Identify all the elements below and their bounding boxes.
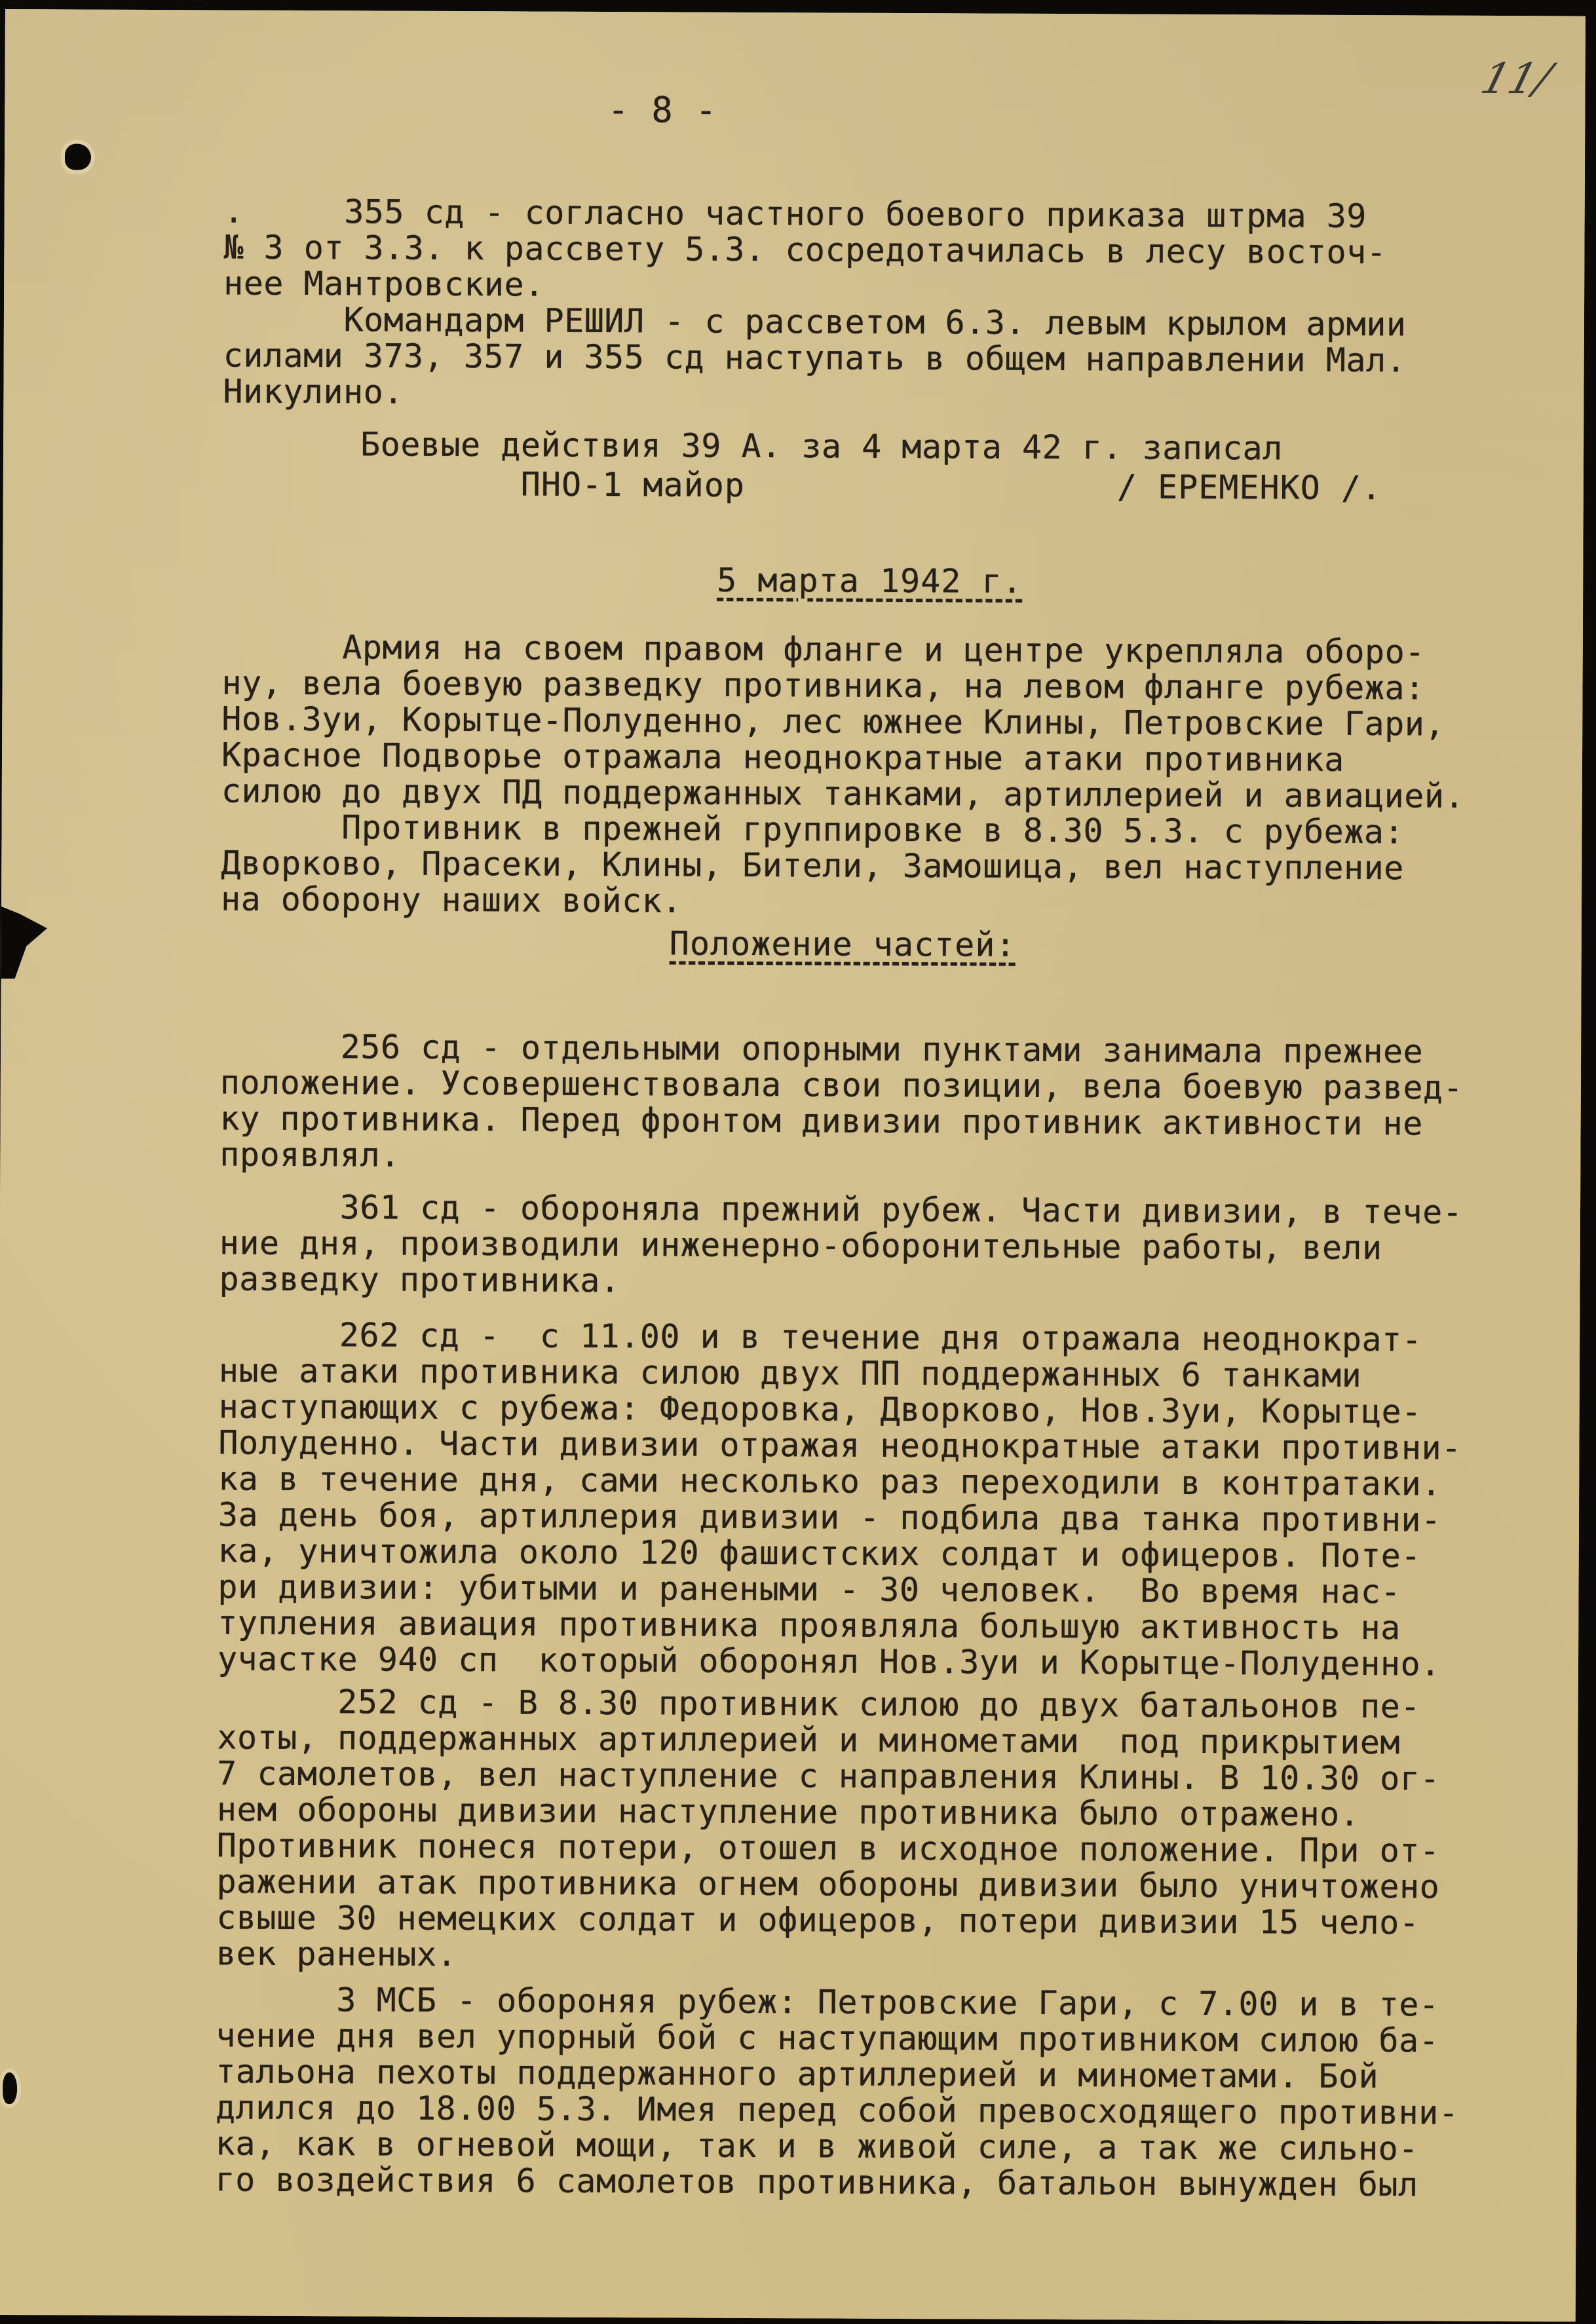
paragraph-262-sd: 262 сд - с 11.00 и в течение дня отражал… <box>218 1317 1568 1683</box>
punch-hole-icon <box>3 2072 17 2104</box>
date-heading: 5 марта 1942 г. <box>717 563 1023 600</box>
paragraph-252-sd: 252 сд - В 8.30 противник силою до двух … <box>216 1683 1567 1977</box>
text-line: участке 940 сп который оборонял Нов.Зуи … <box>218 1641 1567 1683</box>
paragraph-summary: Армия на своем правом фланге и центре ук… <box>221 629 1572 923</box>
paragraph-361-sd: 361 сд - обороняла прежний рубеж. Части … <box>219 1189 1569 1303</box>
torn-edge-icon <box>1 907 47 979</box>
text-line: го воздействия 6 самолетов противника, б… <box>215 2162 1565 2203</box>
paragraph-decision: Командарм РЕШИЛ - с рассветом 6.3. левым… <box>223 301 1573 415</box>
paragraph-256-sd: 256 сд - отдельными опорными пунктами за… <box>219 1028 1570 1178</box>
text-line: Никулино. <box>223 373 1572 415</box>
paragraph-3-msb: 3 МСБ - обороняя рубеж: Петровские Гари,… <box>215 1981 1565 2203</box>
text-line: на оборону наших войск. <box>221 881 1570 923</box>
signature-name: / ЕРЕМЕНКО /. <box>1117 469 1382 506</box>
document-page: 11/ - 8 - . 355 сд - согласно частного б… <box>0 9 1586 2321</box>
handwritten-sheet-number: 11/ <box>1475 55 1556 103</box>
punch-hole-icon <box>65 143 91 170</box>
text-line: век раненых. <box>216 1936 1566 1977</box>
signature-line: Боевые действия 39 А. за 4 марта 42 г. з… <box>360 426 1596 468</box>
page-number: - 8 - <box>607 92 717 128</box>
text-line: ку противника. Перед фронтом дивизии про… <box>219 1100 1569 1142</box>
text-line: проявлял. <box>219 1136 1569 1178</box>
signature-block: Боевые действия 39 А. за 4 марта 42 г. з… <box>360 426 1596 468</box>
text-line: разведку противника. <box>219 1261 1568 1303</box>
paragraph-355-sd: . 355 сд - согласно частного боевого при… <box>223 193 1574 307</box>
signature-rank: ПНО-1 майор <box>521 466 745 503</box>
text-line: силами 373, 357 и 355 сд наступать в общ… <box>223 337 1573 379</box>
positions-heading: Положение частей: <box>670 926 1016 963</box>
